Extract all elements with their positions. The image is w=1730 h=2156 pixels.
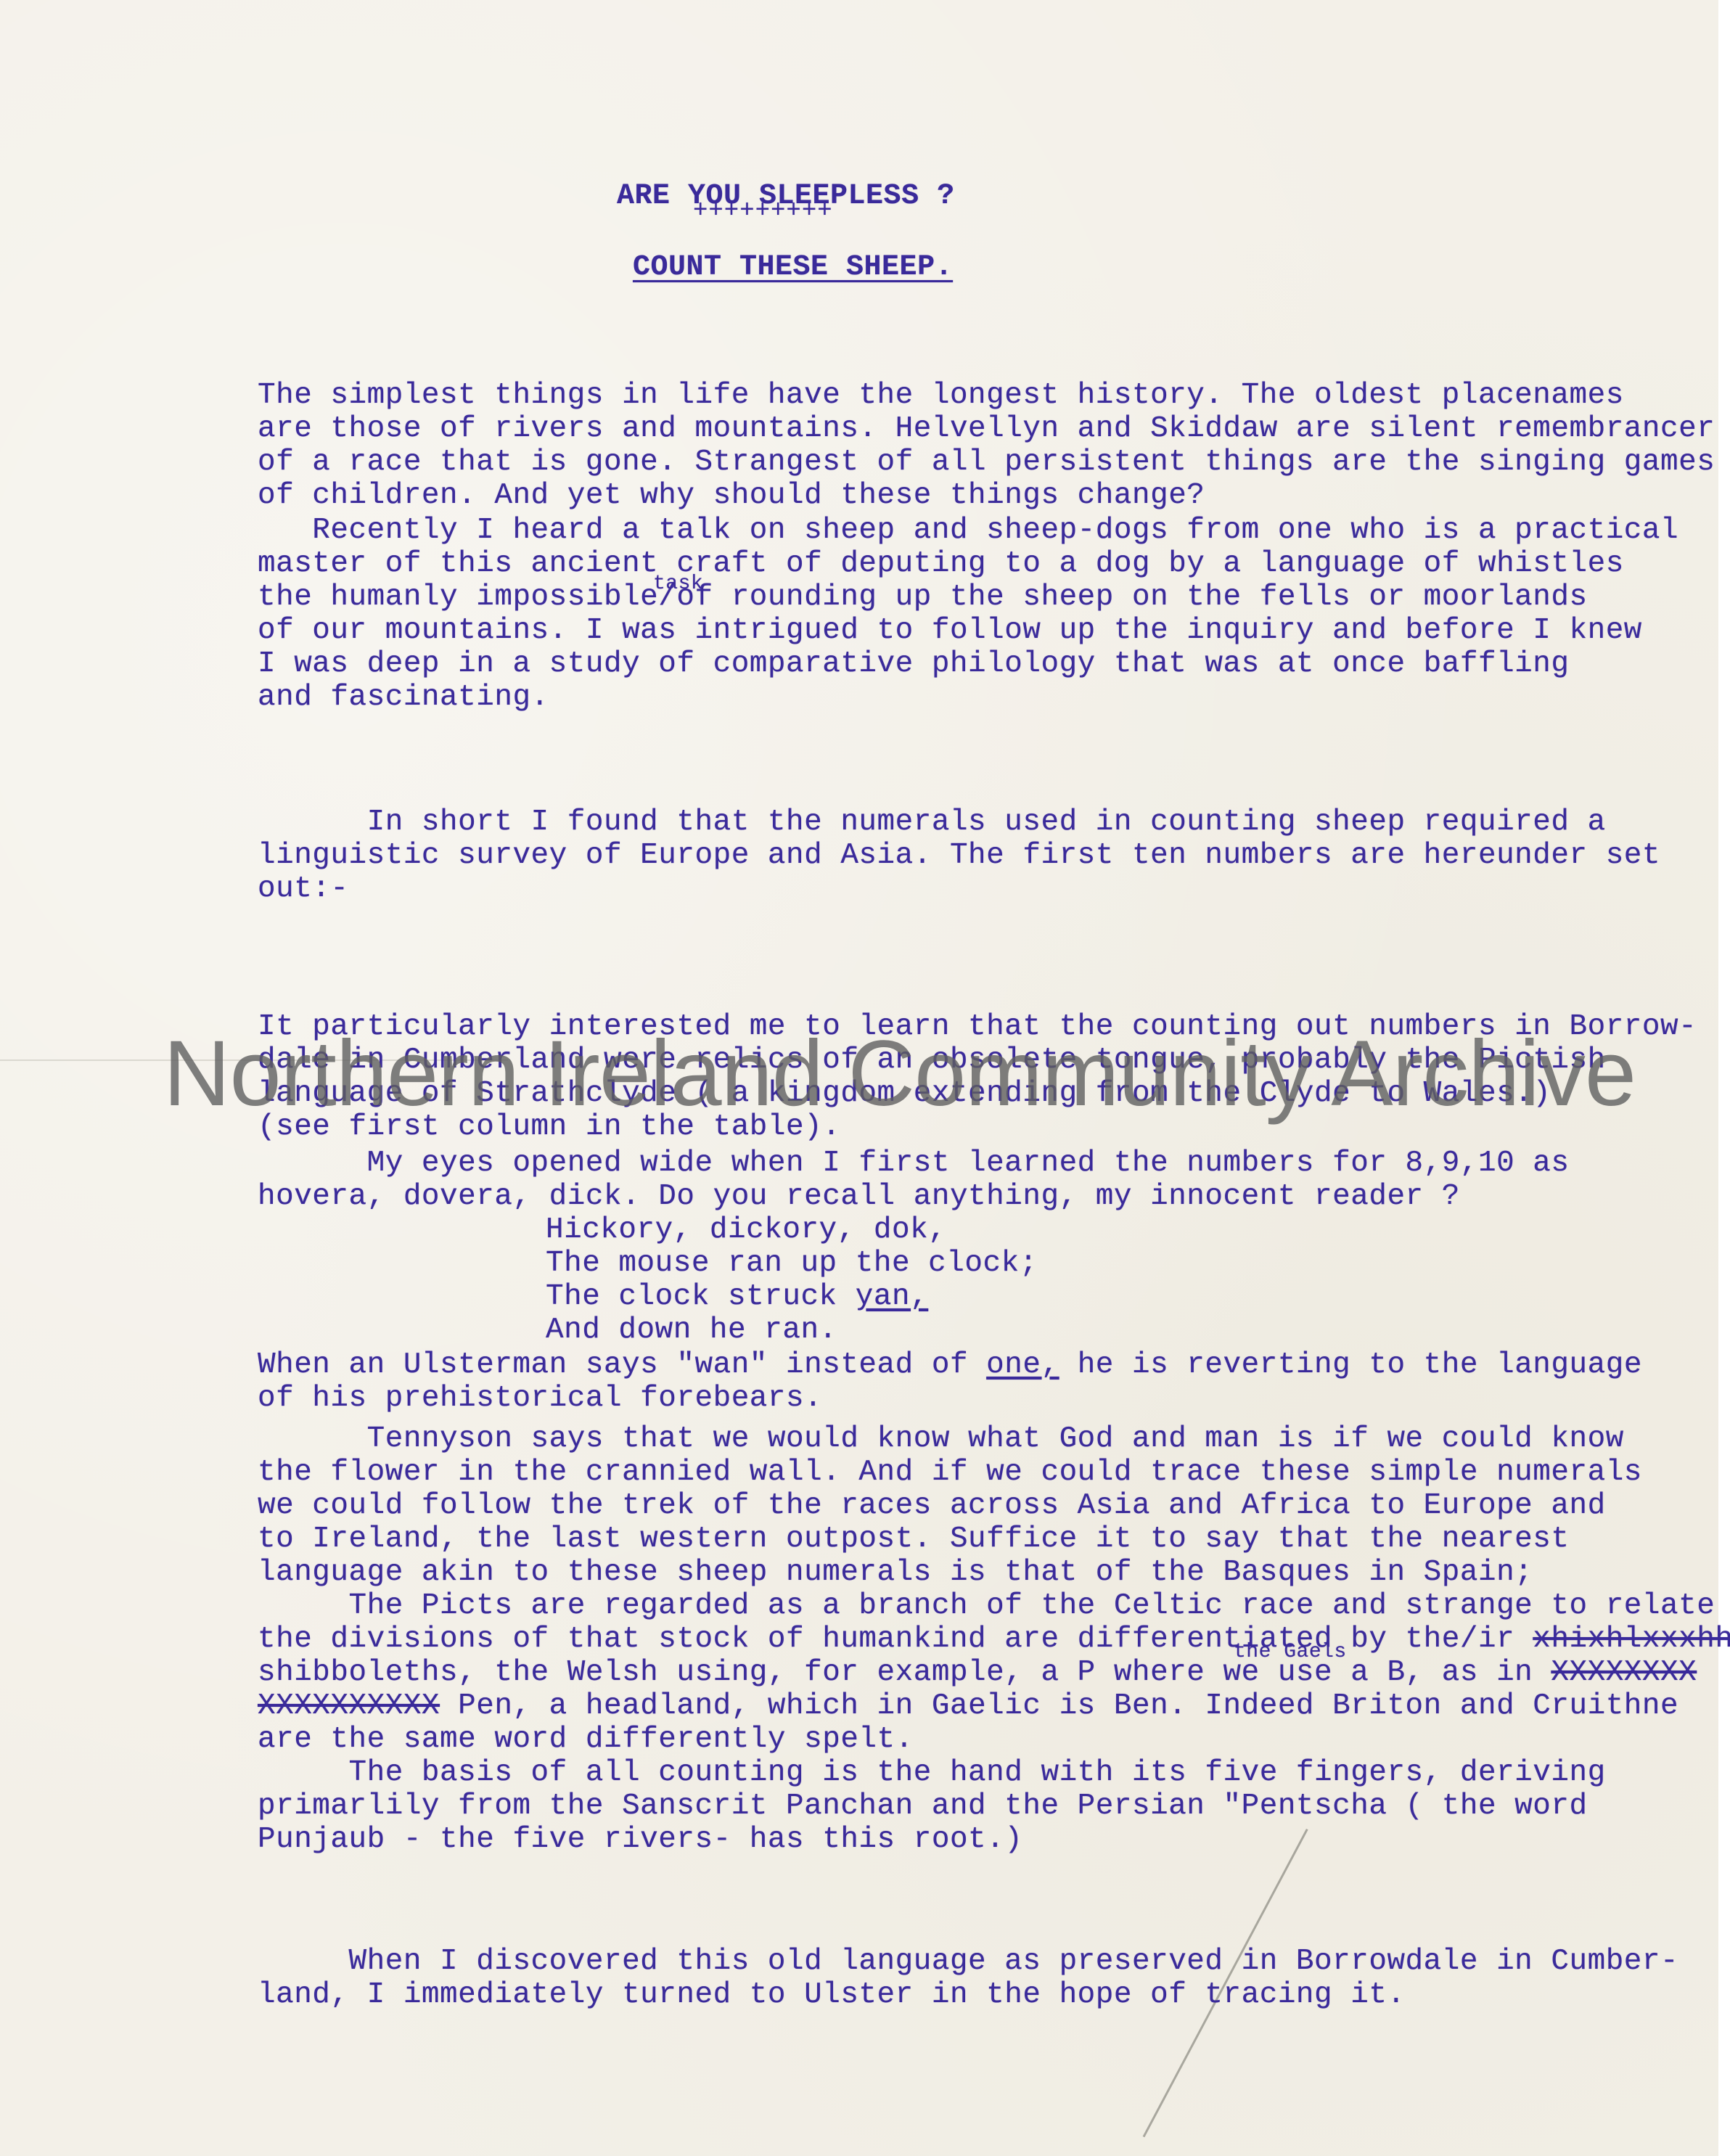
paragraph-4-line-6: hovera, dovera, dick. Do you recall anyt…: [258, 1180, 1460, 1213]
title-divider: +++++++++: [693, 194, 833, 228]
paragraph-4-line-5: My eyes opened wide when I first learned…: [258, 1147, 1570, 1180]
paragraph-6-line-1: Tennyson says that we would know what Go…: [258, 1422, 1624, 1456]
poem-line-2: The mouse ran up the clock;: [546, 1247, 1038, 1280]
paragraph-8-line-2: primarlily from the Sanscrit Panchan and…: [258, 1790, 1588, 1823]
poem-line-1: Hickory, dickory, dok,: [546, 1213, 946, 1247]
paragraph-1-line-1: The simplest things in life have the lon…: [258, 379, 1624, 412]
paragraph-3-line-1: In short I found that the numerals used …: [258, 806, 1606, 839]
paragraph-2-line-2: master of this ancient craft of deputing…: [258, 547, 1624, 581]
paragraph-1-line-2: are those of rivers and mountains. Helve…: [258, 412, 1715, 446]
paragraph-3-line-2: linguistic survey of Europe and Asia. Th…: [258, 839, 1660, 872]
struck-out-text-1: xhixhlxxxhhx: [1533, 1623, 1730, 1656]
p7-line-4-text: Pen, a headland, which in Gaelic is Ben.…: [440, 1689, 1678, 1723]
paragraph-9-line-2: land, I immediately turned to Ulster in …: [258, 1978, 1406, 2012]
paragraph-1-line-4: of children. And yet why should these th…: [258, 479, 1205, 512]
struck-out-text-2: XXXXXXXX: [1551, 1656, 1697, 1689]
paragraph-8-line-1: The basis of all counting is the hand wi…: [258, 1756, 1606, 1790]
p5-after: he is reverting to the language: [1059, 1348, 1642, 1382]
paragraph-2-line-1: Recently I heard a talk on sheep and she…: [258, 514, 1678, 547]
poem-line-3-text: The clock struck: [546, 1280, 856, 1313]
p7-line-3-text: shibboleths, the Welsh using, for exampl…: [258, 1656, 1551, 1689]
paragraph-5-line-1: When an Ulsterman says "wan" instead of …: [258, 1348, 1642, 1382]
paragraph-5-line-2: of his prehistorical forebears.: [258, 1382, 822, 1415]
paragraph-2-line-4: of our mountains. I was intrigued to fol…: [258, 614, 1642, 647]
paragraph-7-line-5: are the same word differently spelt.: [258, 1723, 914, 1756]
paragraph-7-line-3: shibboleths, the Welsh using, for exampl…: [258, 1656, 1697, 1689]
paragraph-1-line-3: of a race that is gone. Strangest of all…: [258, 446, 1715, 479]
paragraph-6-line-4: to Ireland, the last western outpost. Su…: [258, 1522, 1570, 1556]
paragraph-9-line-1: When I discovered this old language as p…: [258, 1945, 1678, 1978]
paragraph-7-line-2: the divisions of that stock of humankind…: [258, 1623, 1730, 1656]
paragraph-2-line-6: and fascinating.: [258, 681, 549, 714]
paragraph-3-line-3: out:-: [258, 872, 349, 906]
p5-before: When an Ulsterman says "wan" instead of: [258, 1348, 986, 1382]
paragraph-2-line-5: I was deep in a study of comparative phi…: [258, 647, 1570, 681]
page-subtitle: COUNT THESE SHEEP.: [633, 251, 953, 284]
paragraph-7-line-1: The Picts are regarded as a branch of th…: [258, 1589, 1715, 1623]
paragraph-2-line-3: the humanly impossible/of rounding up th…: [258, 581, 1588, 614]
paragraph-8-line-3: Punjaub - the five rivers- has this root…: [258, 1823, 1022, 1856]
p5-underlined-one: one,: [986, 1348, 1059, 1382]
struck-out-text-3: XXXXXXXXXX: [258, 1689, 440, 1723]
paragraph-6-line-3: we could follow the trek of the races ac…: [258, 1489, 1606, 1522]
poem-line-3: The clock struck yan,: [546, 1280, 928, 1313]
poem-underlined-yan: yan,: [856, 1280, 928, 1313]
archive-watermark: Northern Ireland Community Archive: [163, 1023, 1636, 1125]
typewritten-page: ARE YOU SLEEPLESS ? +++++++++ COUNT THES…: [0, 0, 1718, 2156]
paragraph-6-line-5: language akin to these sheep numerals is…: [258, 1556, 1533, 1589]
paragraph-7-line-4: XXXXXXXXXX Pen, a headland, which in Gae…: [258, 1689, 1678, 1723]
poem-line-4: And down he ran.: [546, 1313, 837, 1347]
paragraph-6-line-2: the flower in the crannied wall. And if …: [258, 1456, 1642, 1489]
